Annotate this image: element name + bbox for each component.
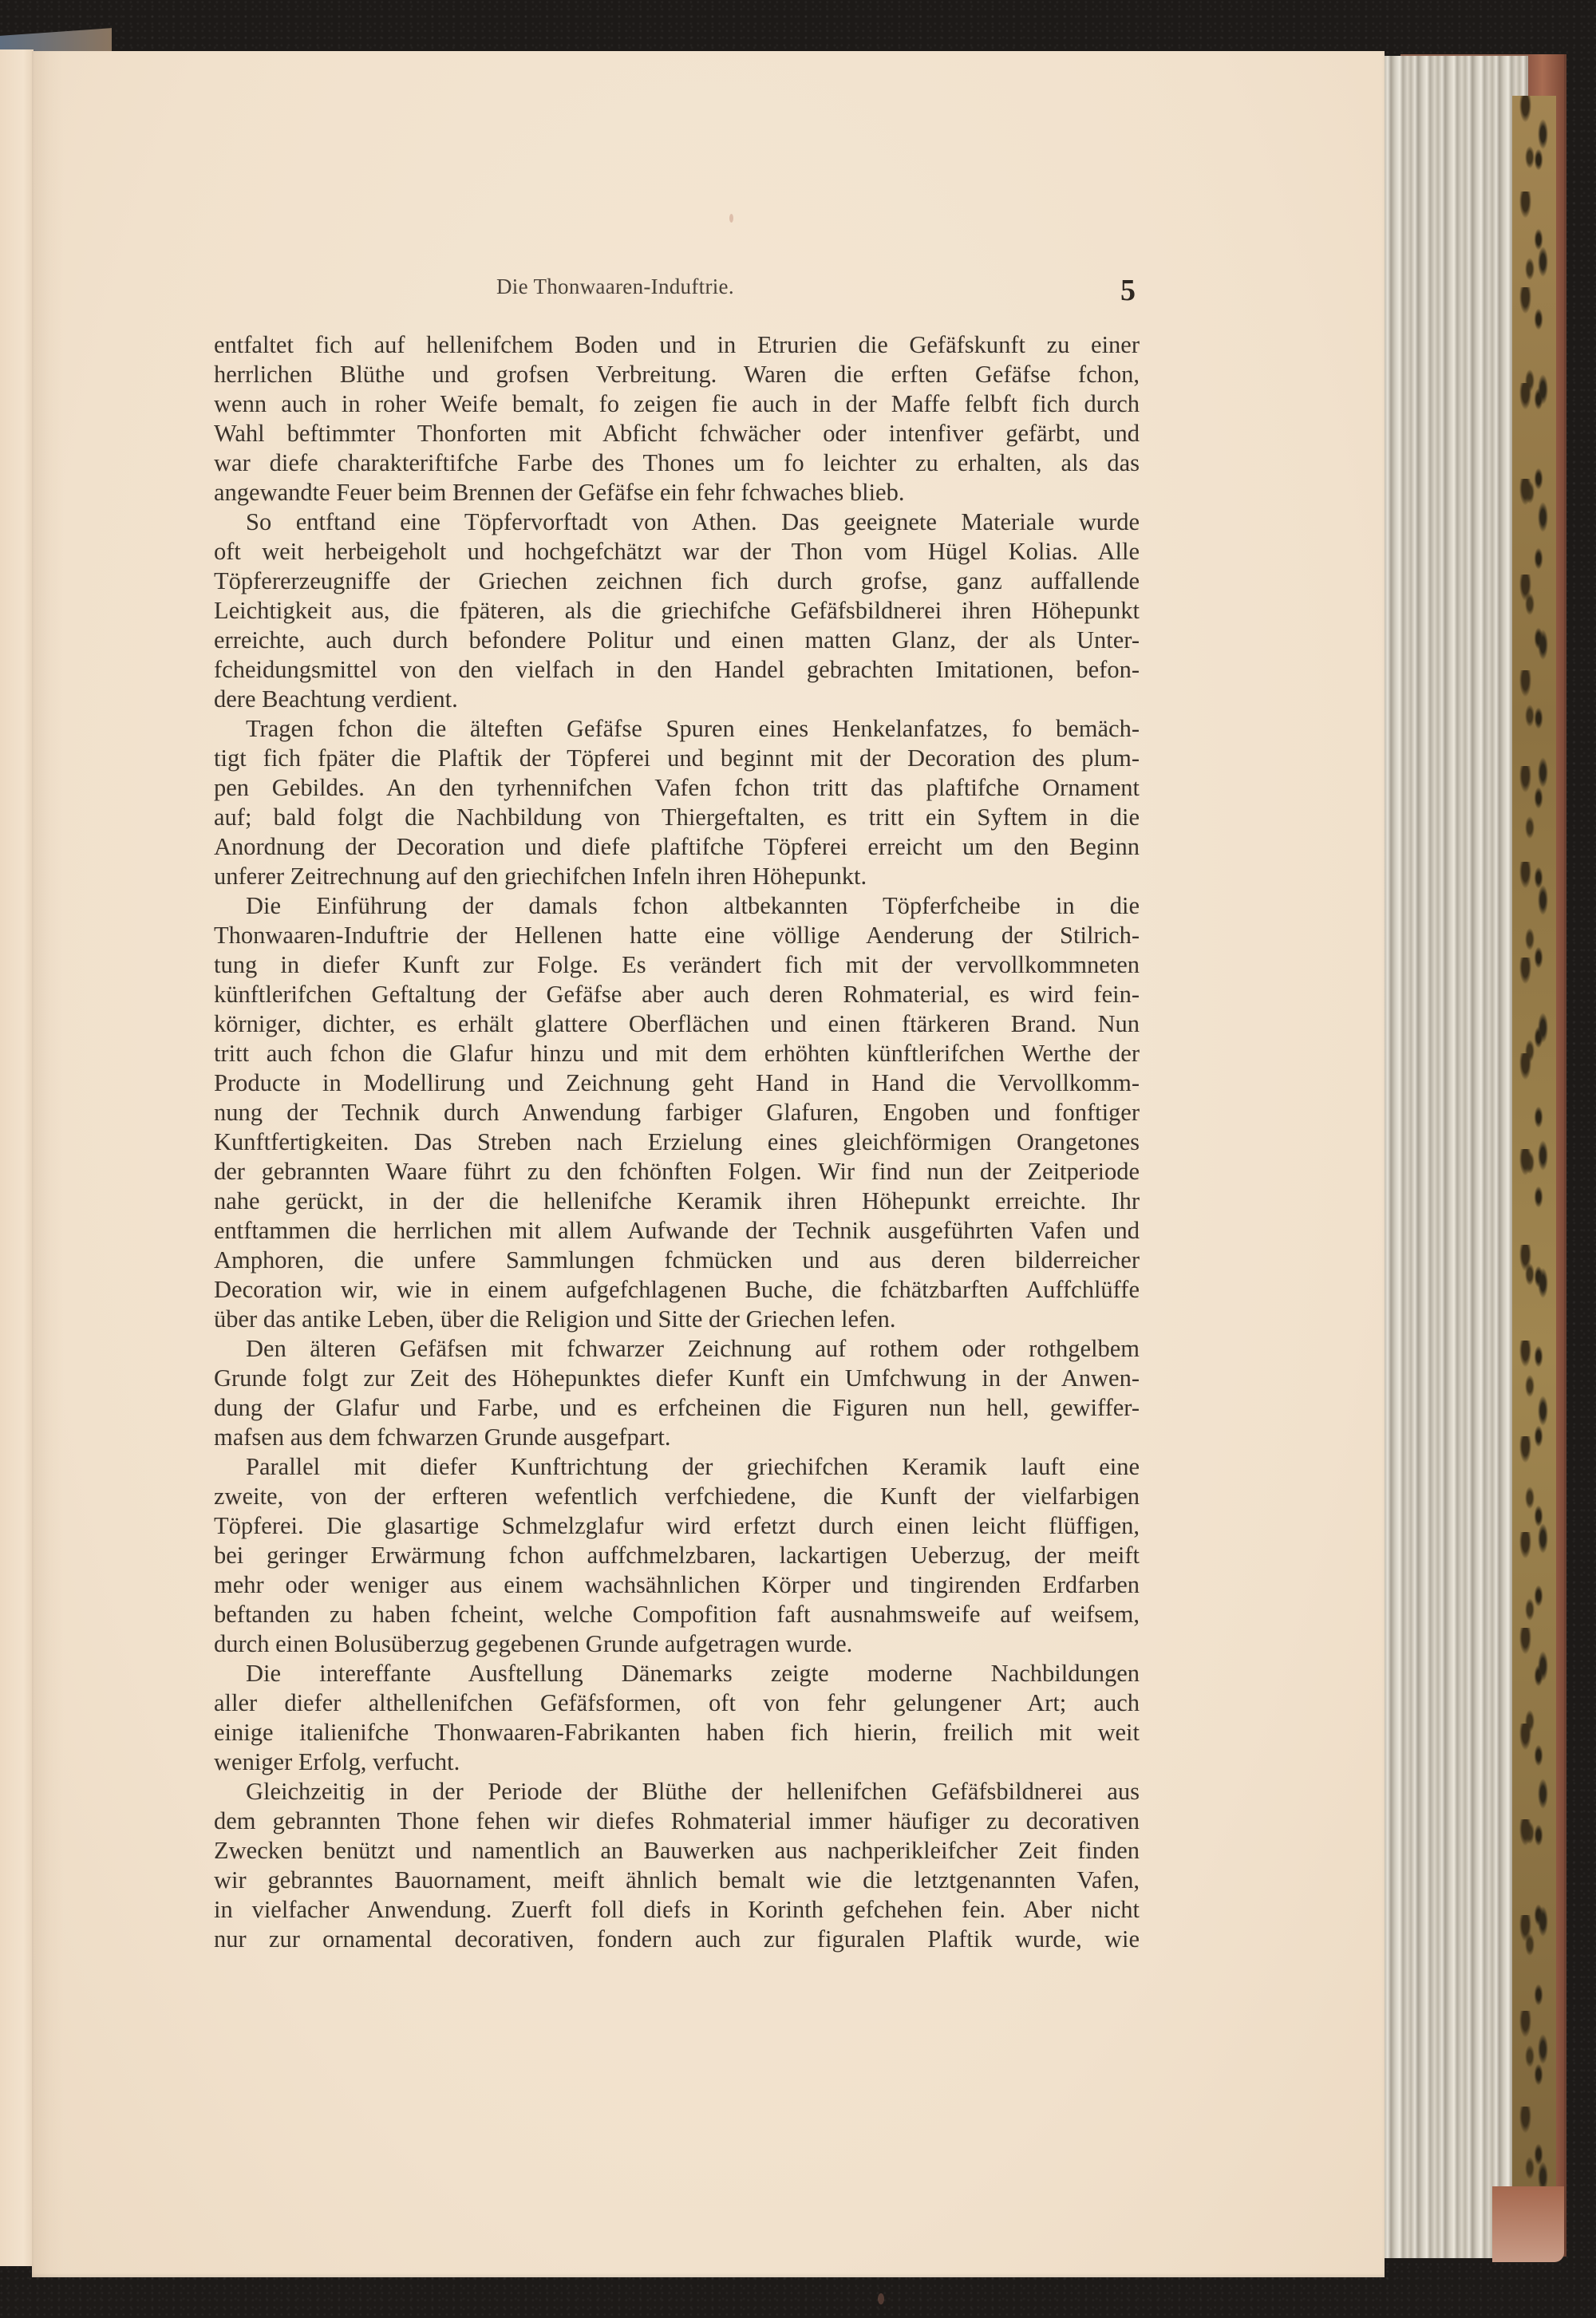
text-line: pen Gebildes. An den tyrhennifchen Vafen… (214, 773, 1140, 803)
text-line: mafsen aus dem fchwarzen Grunde ausgefpa… (214, 1423, 1140, 1452)
text-line: So entftand eine Töpfervorftadt von Athe… (214, 507, 1140, 537)
text-line: wir gebranntes Bauornament, meift ähnlic… (214, 1866, 1140, 1895)
text-line: entfaltet fich auf hellenifchem Boden un… (214, 330, 1140, 360)
text-line: herrlichen Blüthe und grofsen Verbreitun… (214, 360, 1140, 389)
text-line: Gleichzeitig in der Periode der Blüthe d… (214, 1777, 1140, 1807)
paper-spot (878, 2293, 884, 2304)
text-line: in vielfacher Anwendung. Zuerft foll die… (214, 1895, 1140, 1925)
text-line: Töpfererzeugniffe der Griechen zeichnen … (214, 567, 1140, 596)
text-line: entftammen die herrlichen mit allem Aufw… (214, 1216, 1140, 1246)
text-line: Producte in Modellirung und Zeichnung ge… (214, 1068, 1140, 1098)
text-line: mehr oder weniger aus einem wachsähnlich… (214, 1570, 1140, 1600)
text-line: Amphoren, die unfere Sammlungen fchmücke… (214, 1246, 1140, 1275)
text-line: wenn auch in roher Weife bemalt, fo zeig… (214, 389, 1140, 419)
text-line: tritt auch fchon die Glafur hinzu und mi… (214, 1039, 1140, 1068)
text-line: der gebrannten Waare führt zu den fchönf… (214, 1157, 1140, 1187)
text-line: oft weit herbeigeholt und hochgefchätzt … (214, 537, 1140, 567)
text-line: Anordnung der Decoration und diefe plaft… (214, 832, 1140, 862)
text-line: nahe gerückt, in der die hellenifche Ker… (214, 1187, 1140, 1216)
text-line: dung der Glafur und Farbe, und es erfche… (214, 1393, 1140, 1423)
text-line: dere Beachtung verdient. (214, 685, 1140, 714)
facing-page-edge (0, 49, 34, 2266)
body-text: entfaltet fich auf hellenifchem Boden un… (214, 330, 1140, 1954)
text-line: Decoration wir, wie in einem aufgefchlag… (214, 1275, 1140, 1305)
running-head: Die Thonwaaren-Induftrie. (496, 274, 734, 299)
text-line: fcheidungsmittel von den vielfach in den… (214, 655, 1140, 685)
text-line: dem gebrannten Thone fehen wir diefes Ro… (214, 1807, 1140, 1836)
text-line: auf; bald folgt die Nachbildung von Thie… (214, 803, 1140, 832)
text-line: Tragen fchon die älteften Gefäfse Spuren… (214, 714, 1140, 744)
text-line: aller diefer althellenifchen Gefäfsforme… (214, 1688, 1140, 1718)
text-line: zweite, von der erfteren wefentlich verf… (214, 1482, 1140, 1511)
page-number: 5 (1120, 273, 1136, 308)
text-line: körniger, dichter, es erhält glattere Ob… (214, 1009, 1140, 1039)
text-line: tigt fich fpäter die Plaftik der Töpfere… (214, 744, 1140, 773)
text-line: tung in diefer Kunft zur Folge. Es verän… (214, 950, 1140, 980)
text-line: beftanden zu haben fcheint, welche Compo… (214, 1600, 1140, 1629)
paper-spot (729, 214, 733, 223)
text-line: Kunftfertigkeiten. Das Streben nach Erzi… (214, 1127, 1140, 1157)
text-line: Zwecken benützt und namentlich an Bauwer… (214, 1836, 1140, 1866)
text-line: nung der Technik durch Anwendung farbige… (214, 1098, 1140, 1127)
text-line: über das antike Leben, über die Religion… (214, 1305, 1140, 1334)
text-line: angewandte Feuer beim Brennen der Gefäfs… (214, 478, 1140, 507)
page-block-edges (1381, 56, 1528, 2258)
text-line: Die intereffante Ausftellung Dänemarks z… (214, 1659, 1140, 1688)
text-line: nur zur ornamental decorativen, fondern … (214, 1925, 1140, 1954)
text-line: durch einen Bolusüberzug gegebenen Grund… (214, 1629, 1140, 1659)
text-line: Die Einführung der damals fchon altbekan… (214, 891, 1140, 921)
text-line: einige italienifche Thonwaaren-Fabrikant… (214, 1718, 1140, 1747)
text-line: Leichtigkeit aus, die fpäteren, als die … (214, 596, 1140, 626)
text-line: Den älteren Gefäfsen mit fchwarzer Zeich… (214, 1334, 1140, 1364)
text-line: war diefe charakteriftifche Farbe des Th… (214, 448, 1140, 478)
text-line: künftlerifchen Geftaltung der Gefäfse ab… (214, 980, 1140, 1009)
text-line: Grunde folgt zur Zeit des Höhepunktes di… (214, 1364, 1140, 1393)
book-cover-corner-bottom-right (1492, 2186, 1564, 2262)
text-line: unferer Zeitrechnung auf den griechifche… (214, 862, 1140, 891)
text-line: weniger Erfolg, verfucht. (214, 1747, 1140, 1777)
text-line: Wahl beftimmter Thonforten mit Abficht f… (214, 419, 1140, 448)
text-line: Parallel mit diefer Kunftrichtung der gr… (214, 1452, 1140, 1482)
text-line: bei geringer Erwärmung fchon auffchmelzb… (214, 1541, 1140, 1570)
text-line: Thonwaaren-Induftrie der Hellenen hatte … (214, 921, 1140, 950)
text-line: erreichte, auch durch befondere Politur … (214, 626, 1140, 655)
marbled-fore-edge (1512, 96, 1556, 2186)
text-line: Töpferei. Die glasartige Schmelzglafur w… (214, 1511, 1140, 1541)
